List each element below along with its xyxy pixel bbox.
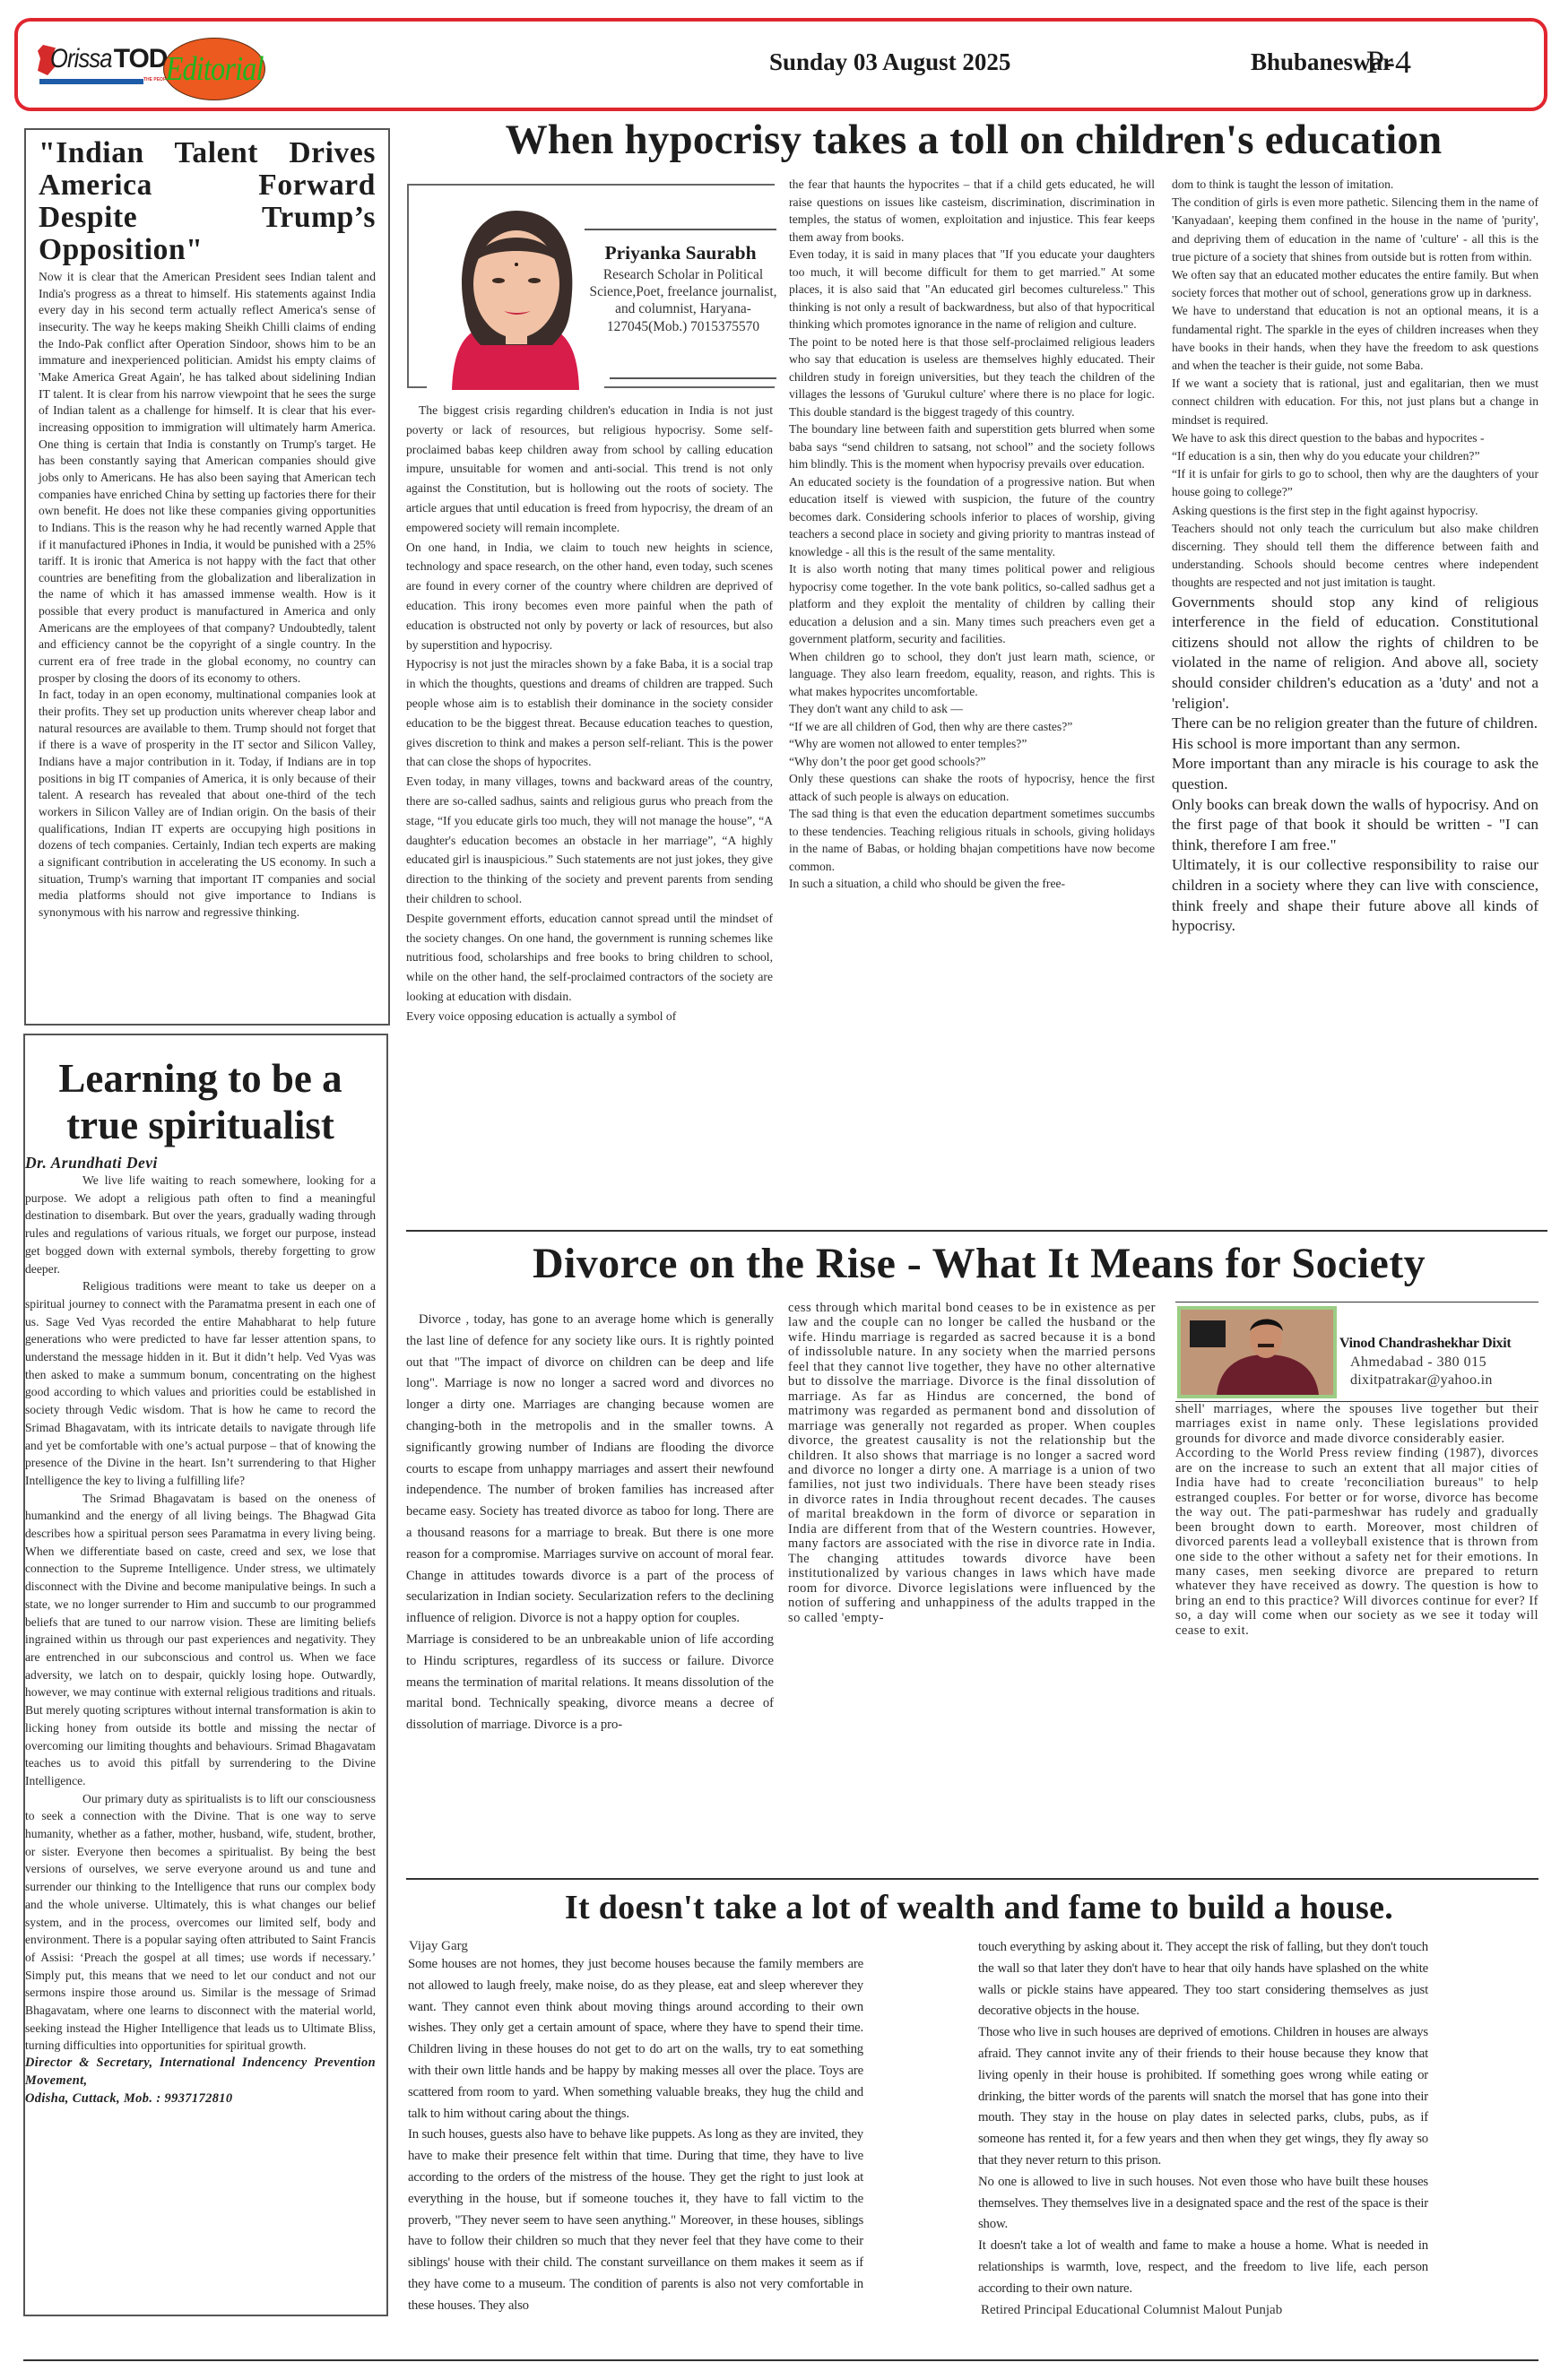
paragraph: Asking questions is the first step in th… <box>1172 502 1538 520</box>
author-credentials: Director & Secretary, International Inde… <box>25 2055 376 2107</box>
article-spiritualist: Learning to be a true spiritualist Dr. A… <box>23 1034 388 2316</box>
divider <box>1175 1302 1538 1303</box>
portrait-icon <box>427 202 604 390</box>
divider <box>406 1878 1538 1880</box>
newspaper-logo[interactable]: OrissaTODAY THE PEOPLE'S VOICE <box>38 43 165 99</box>
paragraph: The boundary line between faith and supe… <box>789 420 1155 473</box>
masthead: OrissaTODAY THE PEOPLE'S VOICE Editorial… <box>14 18 1547 111</box>
article-body: We live life waiting to reach somewhere,… <box>25 1172 376 2055</box>
author-card: Priyanka Saurabh Research Scholar in Pol… <box>407 184 775 388</box>
paragraph: “If education is a sin, then why do you … <box>1172 447 1538 465</box>
paragraph: the fear that haunts the hypocrites – th… <box>789 176 1155 246</box>
author-location: Ahmedabad - 380 015 <box>1350 1354 1486 1371</box>
divider <box>406 1230 1547 1232</box>
paragraph: No one is allowed to live in such houses… <box>978 2172 1428 2236</box>
divider <box>23 2359 405 2361</box>
paragraph: Those who live in such houses are depriv… <box>978 2022 1428 2172</box>
author-description: Research Scholar in Political Science,Po… <box>588 266 778 335</box>
portrait-icon <box>1181 1310 1333 1395</box>
paragraph: We often say that an educated mother edu… <box>1172 266 1538 302</box>
paragraph: Religious traditions were meant to take … <box>25 1277 376 1489</box>
paragraph: It doesn't take a lot of wealth and fame… <box>978 2236 1428 2299</box>
paragraph: An educated society is the foundation of… <box>789 473 1155 561</box>
paragraph: Teachers should not only teach the curri… <box>1172 520 1538 593</box>
paragraph: Only these questions can shake the roots… <box>789 770 1155 805</box>
paragraph: We have to understand that education is … <box>1172 302 1538 375</box>
article-column-3: shell' marriages, where the spouses live… <box>1175 1402 1538 1638</box>
paragraph: The point to be noted here is that those… <box>789 333 1155 421</box>
paragraph: Marriage is considered to be an unbreaka… <box>406 1630 774 1736</box>
article-title: "Indian Talent Drives America Forward De… <box>39 137 376 266</box>
logo-underline <box>39 79 143 84</box>
article-title-divorce: Divorce on the Rise - What It Means for … <box>405 1237 1553 1291</box>
paragraph: The biggest crisis regarding children's … <box>406 401 773 538</box>
author-photo <box>1177 1306 1337 1398</box>
paragraph: We have to ask this direct question to t… <box>1172 429 1538 447</box>
issue-date: Sunday 03 August 2025 <box>769 48 1010 76</box>
author-photo <box>427 202 604 390</box>
page-number: P-4 <box>1366 43 1411 81</box>
author-name: Vinod Chandrashekhar Dixit <box>1339 1336 1546 1352</box>
divider <box>403 2359 1538 2361</box>
paragraph: The Srimad Bhagavatam is based on the on… <box>25 1490 376 1790</box>
paragraph: “Why are women not allowed to enter temp… <box>789 735 1155 753</box>
section-badge: Editorial <box>163 38 265 100</box>
paragraph: There can be no religion greater than th… <box>1172 714 1538 734</box>
paragraph: Ultimately, it is our collective respons… <box>1172 855 1538 936</box>
article-column-1: The biggest crisis regarding children's … <box>406 401 773 1026</box>
paragraph: The condition of girls is even more path… <box>1172 194 1538 266</box>
article-column-1: Some houses are not homes, they just bec… <box>408 1954 863 2317</box>
paragraph: In such houses, guests also have to beha… <box>408 2125 863 2316</box>
article-indian-talent: "Indian Talent Drives America Forward De… <box>24 128 390 1026</box>
paragraph: If we want a society that is rational, j… <box>1172 375 1538 429</box>
divider <box>610 377 776 379</box>
paragraph: More important than any miracle is his c… <box>1172 754 1538 794</box>
article-byline: Dr. Arundhati Devi <box>25 1154 376 1172</box>
paragraph: Governments should stop any kind of reli… <box>1172 593 1538 714</box>
paragraph: Despite government efforts, education ca… <box>406 909 773 1007</box>
paragraph: Even today, in many villages, towns and … <box>406 772 773 909</box>
paragraph: touch everything by asking about it. The… <box>978 1937 1428 2022</box>
paragraph: In fact, today in an open economy, multi… <box>39 687 376 921</box>
author-name: Priyanka Saurabh <box>585 241 776 264</box>
article-title: Learning to be a true spiritualist <box>25 1055 376 1148</box>
article-body: Now it is clear that the American Presid… <box>39 269 376 922</box>
paragraph: His school is more important than any se… <box>1172 734 1538 755</box>
paragraph: It is also worth noting that many times … <box>789 560 1155 648</box>
paragraph: Even today, it is said in many places th… <box>789 246 1155 333</box>
paragraph: “If it is unfair for girls to go to scho… <box>1172 465 1538 501</box>
section-badge-label: Editorial <box>166 52 264 86</box>
article-column-2: the fear that haunts the hypocrites – th… <box>789 176 1155 893</box>
article-title-house: It doesn't take a lot of wealth and fame… <box>405 1885 1553 1930</box>
paragraph: According to the World Press review find… <box>1175 1446 1538 1638</box>
paragraph: In such a situation, a child who should … <box>789 875 1155 893</box>
article-byline: Vijay Garg <box>409 1939 468 1954</box>
paragraph: “Why don’t the poor get good schools?” <box>789 753 1155 771</box>
paragraph: Some houses are not homes, they just bec… <box>408 1954 863 2125</box>
article-column-1: Divorce , today, has gone to an average … <box>406 1310 774 1736</box>
paragraph: Only books can break down the walls of h… <box>1172 795 1538 856</box>
divider <box>585 229 776 230</box>
article-column-2: cess through which marital bond ceases t… <box>788 1301 1156 1625</box>
paragraph: When children go to school, they don't j… <box>789 648 1155 701</box>
author-credentials: Retired Principal Educational Columnist … <box>978 2300 1428 2322</box>
author-email[interactable]: dixitpatrakar@yahoo.in <box>1350 1372 1493 1389</box>
article-title-hypocrisy: When hypocrisy takes a toll on children'… <box>400 113 1547 167</box>
paragraph: Hypocrisy is not just the miracles shown… <box>406 654 773 772</box>
article-column-3: dom to think is taught the lesson of imi… <box>1172 176 1538 937</box>
paragraph: Now it is clear that the American Presid… <box>39 269 376 687</box>
article-column-2: touch everything by asking about it. The… <box>978 1937 1428 2321</box>
paragraph: The sad thing is that even the education… <box>789 805 1155 875</box>
paragraph: Our primary duty as spiritualists is to … <box>25 1790 376 2055</box>
paragraph: We live life waiting to reach somewhere,… <box>25 1172 376 1277</box>
paragraph: dom to think is taught the lesson of imi… <box>1172 176 1538 194</box>
paragraph: They don't want any child to ask — <box>789 700 1155 718</box>
article-conclusion: Governments should stop any kind of reli… <box>1172 593 1538 937</box>
paragraph: Divorce , today, has gone to an average … <box>406 1310 774 1630</box>
paragraph: “If we are all children of God, then why… <box>789 718 1155 736</box>
paragraph: cess through which marital bond ceases t… <box>788 1301 1156 1625</box>
paragraph: shell' marriages, where the spouses live… <box>1175 1402 1538 1446</box>
paragraph: On one hand, in India, we claim to touch… <box>406 538 773 655</box>
paragraph: Every voice opposing education is actual… <box>406 1007 773 1026</box>
